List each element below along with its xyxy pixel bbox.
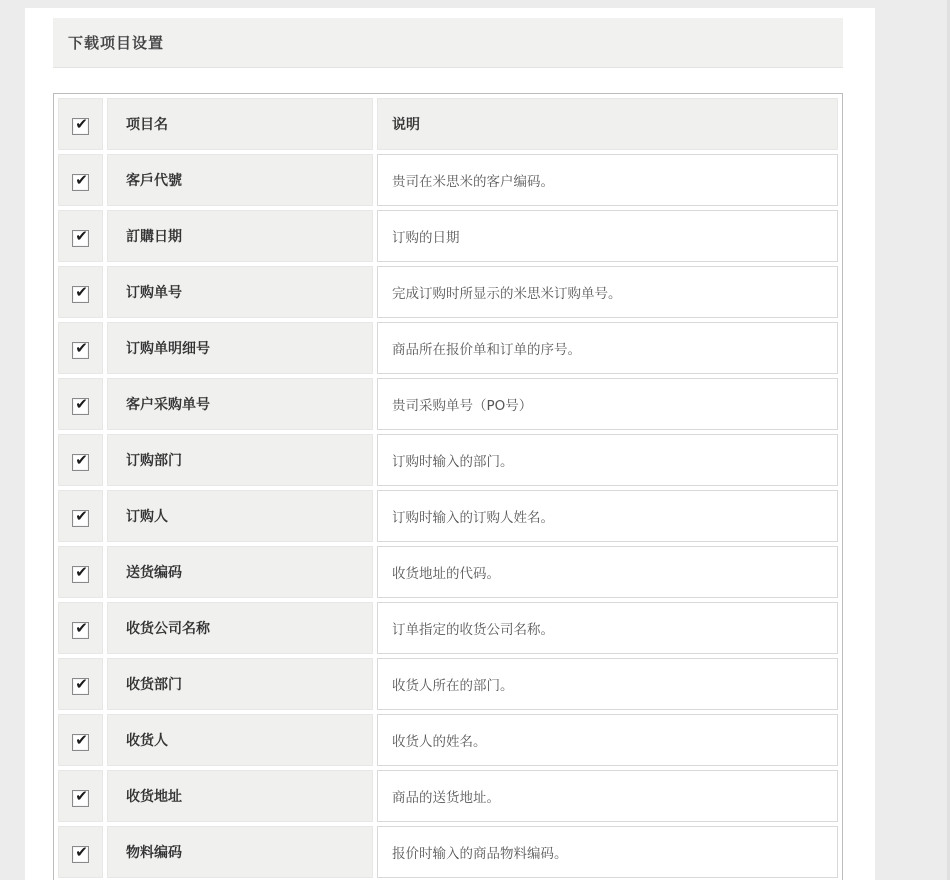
item-description: 收货人的姓名。: [377, 714, 838, 766]
row-checkbox[interactable]: ✔: [72, 342, 89, 359]
row-checkbox[interactable]: ✔: [72, 286, 89, 303]
table-row: ✔ 收货公司名称 订单指定的收货公司名称。: [58, 602, 838, 654]
checkmark-icon: ✔: [75, 397, 88, 412]
item-description: 订购时输入的订购人姓名。: [377, 490, 838, 542]
item-name: 送货编码: [107, 546, 373, 598]
item-name: 收货部门: [107, 658, 373, 710]
item-name: 訂購日期: [107, 210, 373, 262]
row-checkbox[interactable]: ✔: [72, 734, 89, 751]
table-body: ✔ 客戶代號 贵司在米思米的客户编码。 ✔ 訂購日期 订购的日期 ✔ 订购单号 …: [58, 154, 838, 878]
checkmark-icon: ✔: [75, 509, 88, 524]
item-name: 收货公司名称: [107, 602, 373, 654]
row-checkbox[interactable]: ✔: [72, 454, 89, 471]
checkmark-icon: ✔: [75, 229, 88, 244]
table-row: ✔ 收货部门 收货人所在的部门。: [58, 658, 838, 710]
table-row: ✔ 订购单号 完成订购时所显示的米思米订购单号。: [58, 266, 838, 318]
item-description: 商品所在报价单和订单的序号。: [377, 322, 838, 374]
checkmark-icon: ✔: [75, 173, 88, 188]
row-checkbox[interactable]: ✔: [72, 398, 89, 415]
table-row: ✔ 訂購日期 订购的日期: [58, 210, 838, 262]
checkmark-icon: ✔: [75, 453, 88, 468]
item-description: 贵司在米思米的客户编码。: [377, 154, 838, 206]
row-checkbox-cell: ✔: [58, 490, 103, 542]
download-items-table: ✔ 项目名 说明 ✔ 客戶代號 贵司在米思米的客户编码。 ✔ 訂購日期 订购的日…: [53, 93, 843, 880]
checkmark-icon: ✔: [75, 565, 88, 580]
section-title-bar: 下载项目设置: [53, 18, 843, 68]
table-row: ✔ 订购人 订购时输入的订购人姓名。: [58, 490, 838, 542]
row-checkbox-cell: ✔: [58, 154, 103, 206]
row-checkbox[interactable]: ✔: [72, 678, 89, 695]
item-description: 订购时输入的部门。: [377, 434, 838, 486]
table-row: ✔ 订购部门 订购时输入的部门。: [58, 434, 838, 486]
checkmark-icon: ✔: [75, 285, 88, 300]
row-checkbox-cell: ✔: [58, 434, 103, 486]
item-description: 贵司采购单号（PO号）: [377, 378, 838, 430]
item-name: 客户采购单号: [107, 378, 373, 430]
row-checkbox[interactable]: ✔: [72, 566, 89, 583]
row-checkbox-cell: ✔: [58, 658, 103, 710]
item-name: 订购人: [107, 490, 373, 542]
item-name: 物料编码: [107, 826, 373, 878]
table-row: ✔ 客戶代號 贵司在米思米的客户编码。: [58, 154, 838, 206]
item-name: 订购单明细号: [107, 322, 373, 374]
table-row: ✔ 送货编码 收货地址的代码。: [58, 546, 838, 598]
item-name: 订购单号: [107, 266, 373, 318]
item-description: 订单指定的收货公司名称。: [377, 602, 838, 654]
row-checkbox-cell: ✔: [58, 322, 103, 374]
table-row: ✔ 收货人 收货人的姓名。: [58, 714, 838, 766]
item-description: 报价时输入的商品物料编码。: [377, 826, 838, 878]
table-row: ✔ 订购单明细号 商品所在报价单和订单的序号。: [58, 322, 838, 374]
row-checkbox[interactable]: ✔: [72, 622, 89, 639]
column-header-name: 项目名: [107, 98, 373, 150]
checkmark-icon: ✔: [75, 677, 88, 692]
row-checkbox-cell: ✔: [58, 770, 103, 822]
row-checkbox[interactable]: ✔: [72, 510, 89, 527]
select-all-checkbox[interactable]: ✔: [72, 118, 89, 135]
table-row: ✔ 物料编码 报价时输入的商品物料编码。: [58, 826, 838, 878]
page-title: 下载项目设置: [68, 32, 164, 53]
checkmark-icon: ✔: [75, 789, 88, 804]
checkmark-icon: ✔: [75, 341, 88, 356]
item-name: 收货地址: [107, 770, 373, 822]
item-name: 订购部门: [107, 434, 373, 486]
row-checkbox-cell: ✔: [58, 714, 103, 766]
checkmark-icon: ✔: [75, 733, 88, 748]
row-checkbox-cell: ✔: [58, 210, 103, 262]
row-checkbox-cell: ✔: [58, 546, 103, 598]
checkmark-icon: ✔: [75, 117, 88, 132]
item-name: 客戶代號: [107, 154, 373, 206]
column-header-description: 说明: [377, 98, 838, 150]
item-description: 完成订购时所显示的米思米订购单号。: [377, 266, 838, 318]
table-row: ✔ 客户采购单号 贵司采购单号（PO号）: [58, 378, 838, 430]
row-checkbox[interactable]: ✔: [72, 846, 89, 863]
row-checkbox-cell: ✔: [58, 378, 103, 430]
select-all-cell: ✔: [58, 98, 103, 150]
row-checkbox-cell: ✔: [58, 266, 103, 318]
row-checkbox[interactable]: ✔: [72, 790, 89, 807]
checkmark-icon: ✔: [75, 621, 88, 636]
item-name: 收货人: [107, 714, 373, 766]
item-description: 商品的送货地址。: [377, 770, 838, 822]
content-panel: 下载项目设置 ✔ 项目名 说明 ✔ 客戶代號 贵司在米思米的客户编码。 ✔ 訂購…: [25, 8, 875, 880]
item-description: 订购的日期: [377, 210, 838, 262]
row-checkbox[interactable]: ✔: [72, 174, 89, 191]
checkmark-icon: ✔: [75, 845, 88, 860]
row-checkbox-cell: ✔: [58, 826, 103, 878]
row-checkbox-cell: ✔: [58, 602, 103, 654]
table-row: ✔ 收货地址 商品的送货地址。: [58, 770, 838, 822]
item-description: 收货地址的代码。: [377, 546, 838, 598]
table-header-row: ✔ 项目名 说明: [58, 98, 838, 150]
item-description: 收货人所在的部门。: [377, 658, 838, 710]
row-checkbox[interactable]: ✔: [72, 230, 89, 247]
